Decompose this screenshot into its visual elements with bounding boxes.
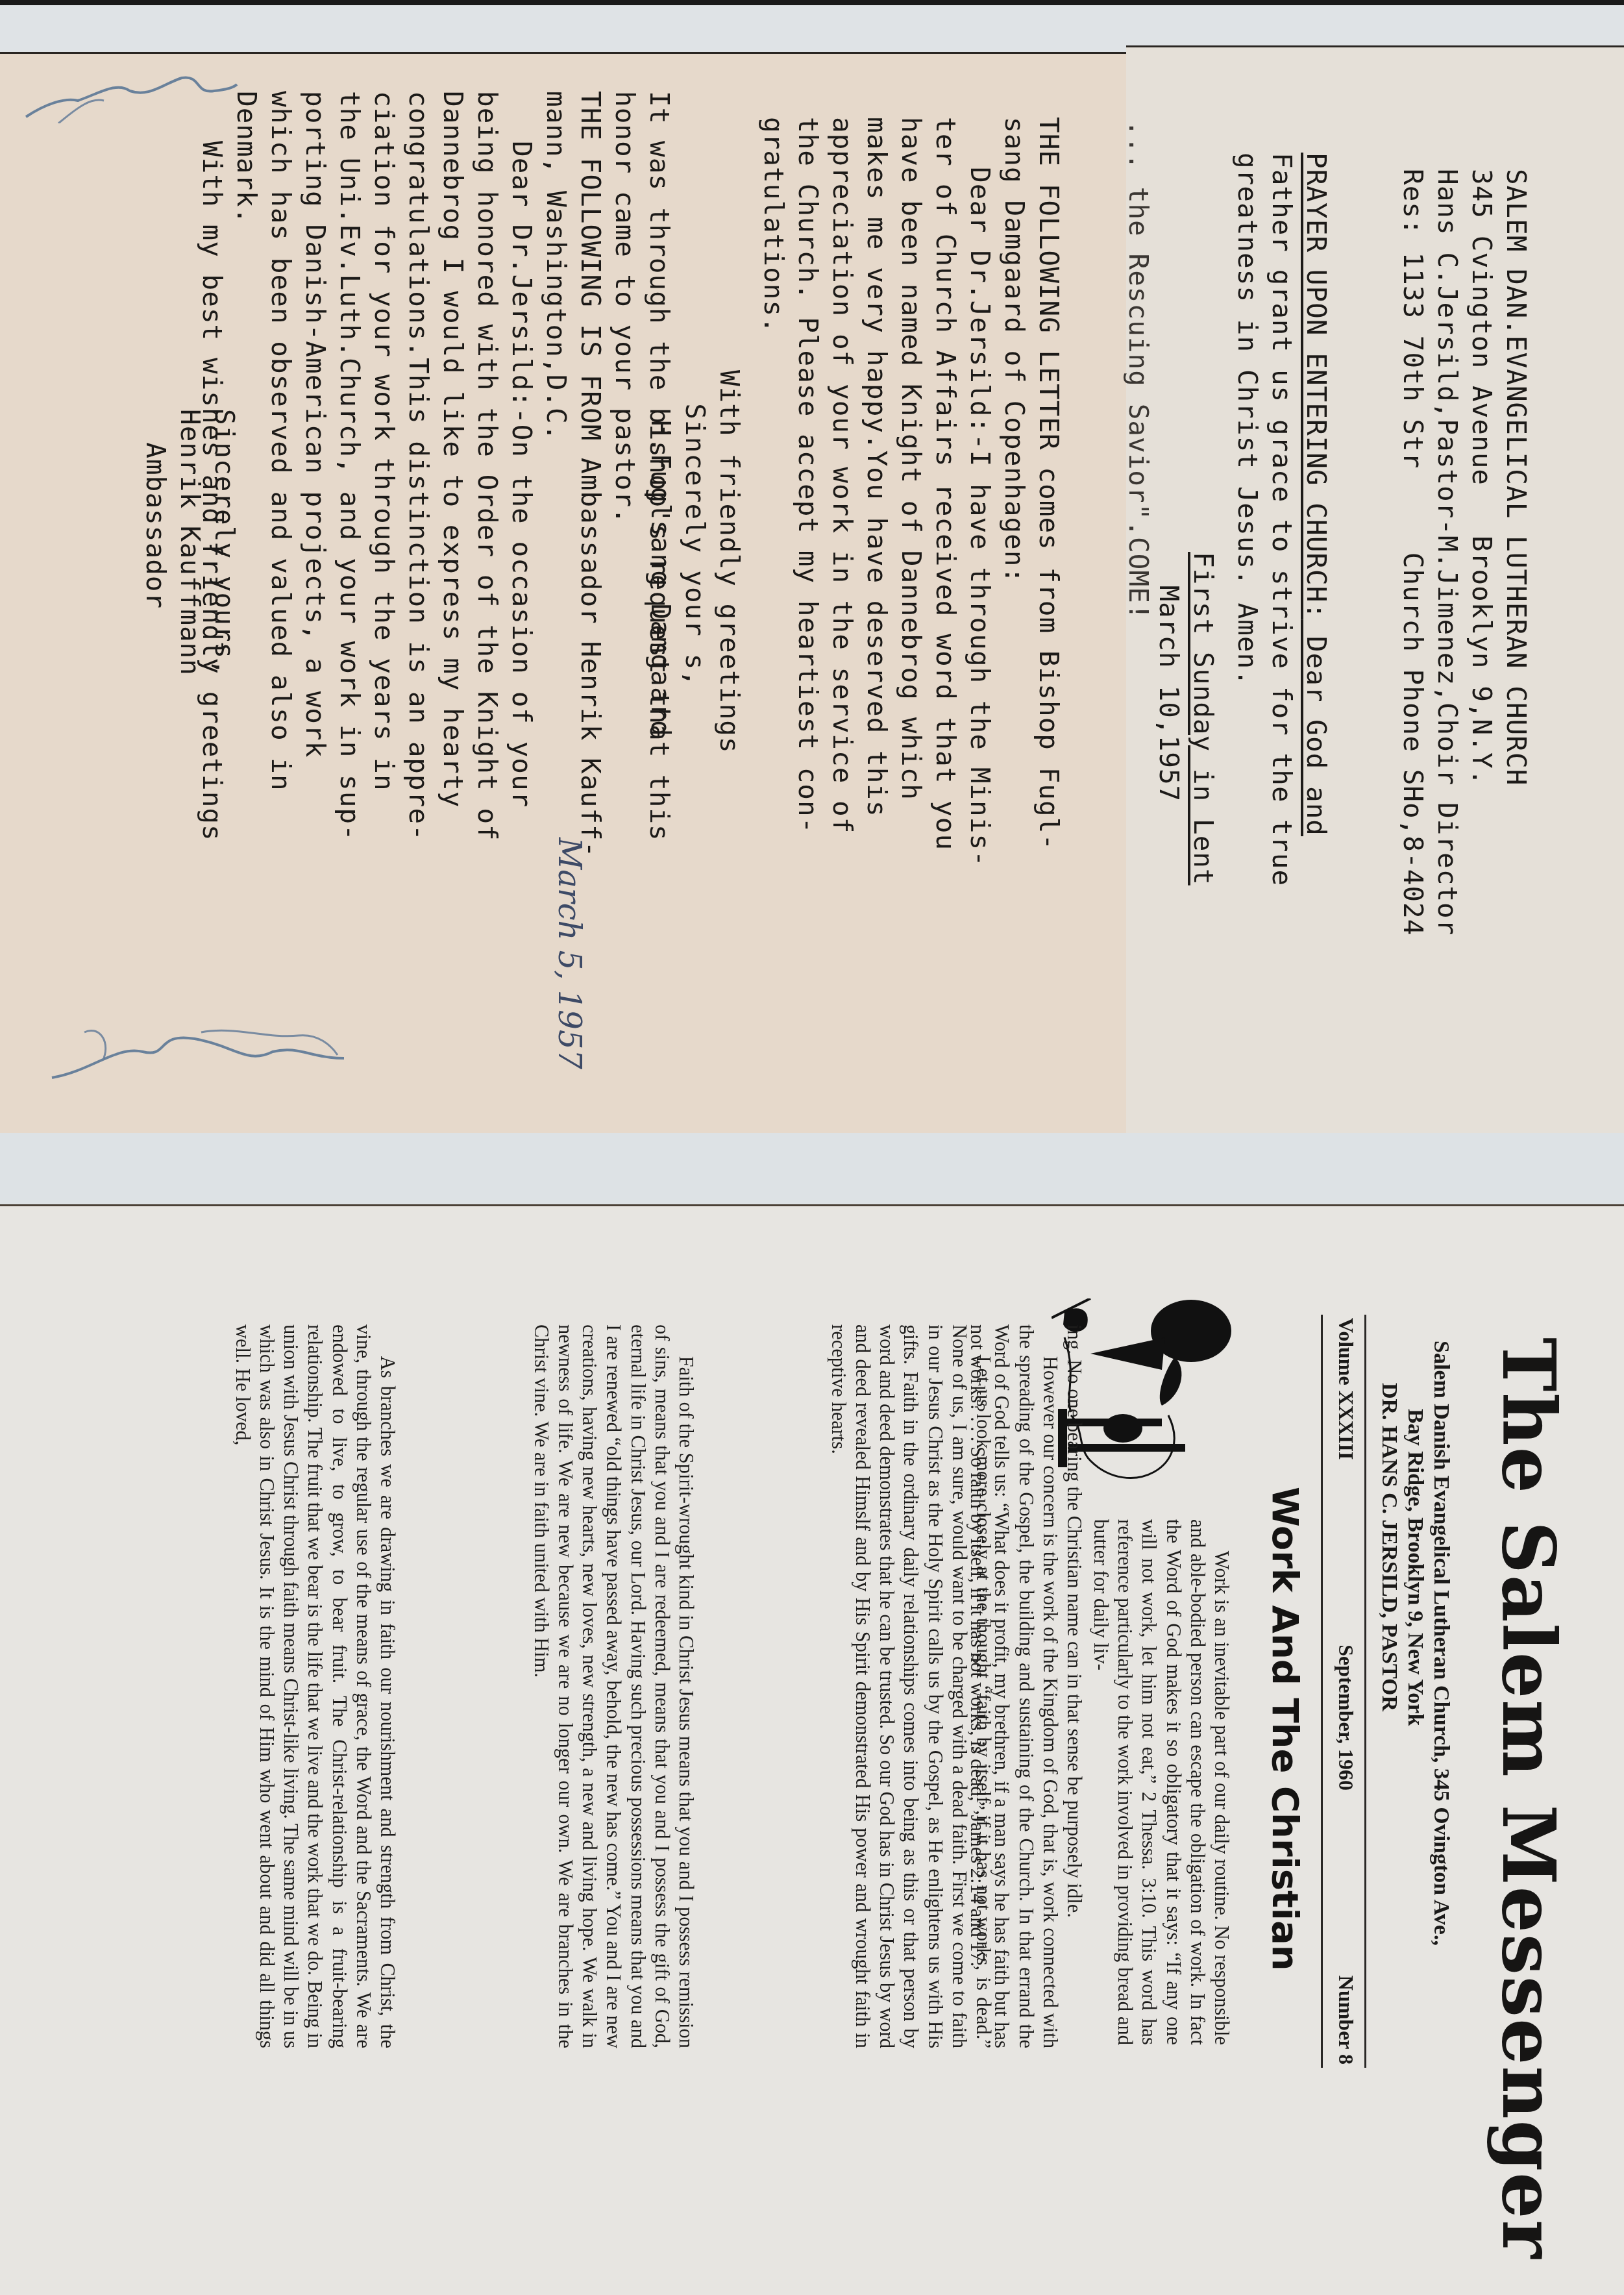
typed-line: THE FOLLOWING IS FROM Ambassador Henrik …	[575, 91, 606, 858]
typed-line: makes me very happy.You have deserved th…	[861, 117, 892, 817]
typed-line: Dear Dr.Jersild:-On the occasion of your	[506, 91, 537, 808]
typed-line: ciation for your work through the years …	[369, 91, 400, 791]
prayer-line: Dear God and	[1301, 619, 1332, 836]
article-body-2: Let us look more closely at the thought …	[826, 1324, 995, 2048]
prayer-line: greatness in Christ Jesus. Amen.	[1232, 153, 1263, 686]
masthead-address: Bay Ridge, Brooklyn 9, New York	[1402, 1409, 1428, 1726]
ambassador-letter: It was through the bishop's request that…	[195, 91, 676, 858]
typed-line: Henrik Kauffmann	[175, 409, 206, 676]
rule-top	[1364, 1315, 1366, 2068]
masthead: The Salem Messenger	[1486, 1337, 1571, 2259]
typed-line: With friendly greetings	[714, 370, 745, 754]
typed-line: Denmark.	[231, 91, 262, 224]
typed-line: Dear Dr.Jersild:-I have through the Mini…	[965, 117, 996, 867]
volume: Volume XXXIII	[1325, 1318, 1358, 1459]
typed-line: Dannebrog I would like to express my hea…	[437, 91, 469, 808]
entry-prayer: PRAYER UPON ENTERING CHURCH: Dear God an…	[1230, 153, 1333, 886]
article-body-3: Faith of the Spirit-wrought kind in Chri…	[529, 1324, 698, 2048]
article-title: Work And The Christian	[1264, 1487, 1306, 1971]
typed-line: which has been observed and valued also …	[265, 91, 297, 791]
typed-line: being honored with the Order of the Knig…	[472, 91, 503, 841]
service-title: First Sunday in Lent	[1188, 552, 1219, 886]
typed-line: Ambassador	[140, 409, 171, 609]
church-name: SALEM DAN.EVANGELICAL LUTHERAN CHURCH	[1501, 169, 1532, 786]
typed-line: appreciation of your work in the service…	[827, 117, 858, 834]
church-header: SALEM DAN.EVANGELICAL LUTHERAN CHURCH 34…	[1396, 169, 1533, 936]
bishop-letter: THE FOLLOWING LETTER comes from Bishop F…	[756, 117, 1066, 867]
prayer-label: PRAYER UPON ENTERING CHURCH:	[1301, 153, 1332, 619]
scan-gap	[0, 1133, 1624, 1204]
typed-line: congratulations.This distinction is an a…	[403, 91, 434, 841]
typed-line: Sincerely your s,	[680, 370, 711, 687]
church-address: 345 Cvington Avenue Brooklyn 9,N.Y.	[1466, 169, 1497, 786]
typed-line: honor came to your pastor.	[609, 91, 641, 525]
paragraph: Let us look more closely at the thought …	[826, 1324, 995, 2048]
masthead-pastor: DR. HANS C. JERSILD, PASTOR	[1376, 1383, 1402, 1711]
paragraph: Faith of the Spirit-wrought kind in Chri…	[529, 1324, 698, 2048]
typed-line: sang Damgaard of Copenhagen:	[999, 117, 1030, 584]
typed-line: Sincerely yours,	[209, 409, 240, 676]
service-date: March 10,1957	[1153, 585, 1185, 802]
typed-line: gratulations.	[758, 117, 789, 334]
typed-line: ter of Church Affairs received word that…	[930, 117, 961, 850]
article-intro: Work is an inevitable part of our daily …	[1089, 1519, 1233, 2045]
ambassador-closing: Sincerely yours, Henrik Kauffmann Ambass…	[138, 409, 241, 676]
pencil-scribble-bottom	[39, 1006, 376, 1097]
typed-line: the Uni.Ev.Luth.Church, and your work in…	[334, 91, 365, 841]
issue-line: Volume XXXIII September, 1960 Number 8	[1325, 1318, 1358, 2065]
typed-line: porting Danish-American projects, a work	[300, 91, 331, 758]
handwritten-date: March 5, 1957	[551, 837, 587, 1069]
typed-line: mann, Washington,D.C.	[541, 91, 572, 441]
typed-line: THE FOLLOWING LETTER comes from Bishop F…	[1033, 117, 1064, 850]
typed-line: It was through the bishop's request that…	[644, 91, 675, 841]
prayer-line: Father grant us grace to strive for the …	[1266, 153, 1298, 886]
paragraph: ing. No one bearing the Christian name c…	[1062, 1324, 1086, 2048]
issue-date: September, 1960	[1325, 1644, 1358, 1791]
church-staff: Hans C.Jersild,Pastor-M.Jimenez,Choir Di…	[1432, 169, 1463, 936]
cutoff-line: ... the Rescuing Savior".COME!	[1121, 120, 1155, 621]
typed-line: the Church. Please accept my heartiest c…	[793, 117, 824, 834]
church-phones: Res: 1133 70th Str Church Phone SHo,8-40…	[1397, 169, 1429, 936]
paragraph: Work is an inevitable part of our daily …	[1089, 1519, 1233, 2045]
rule-bottom	[1321, 1315, 1323, 2068]
typed-line: have been named Knight of Dannebrog whic…	[896, 117, 927, 800]
scanner-edge	[0, 0, 1624, 5]
article-body-4: As branches we are drawing in faith our …	[230, 1324, 399, 2048]
paragraph: As branches we are drawing in faith our …	[230, 1324, 399, 2048]
issue-number: Number 8	[1325, 1976, 1358, 2065]
service-heading: First Sunday in Lent March 10,1957	[1151, 552, 1220, 886]
masthead-subtitle: Salem Danish Evangelical Lutheran Church…	[1428, 1341, 1454, 1946]
